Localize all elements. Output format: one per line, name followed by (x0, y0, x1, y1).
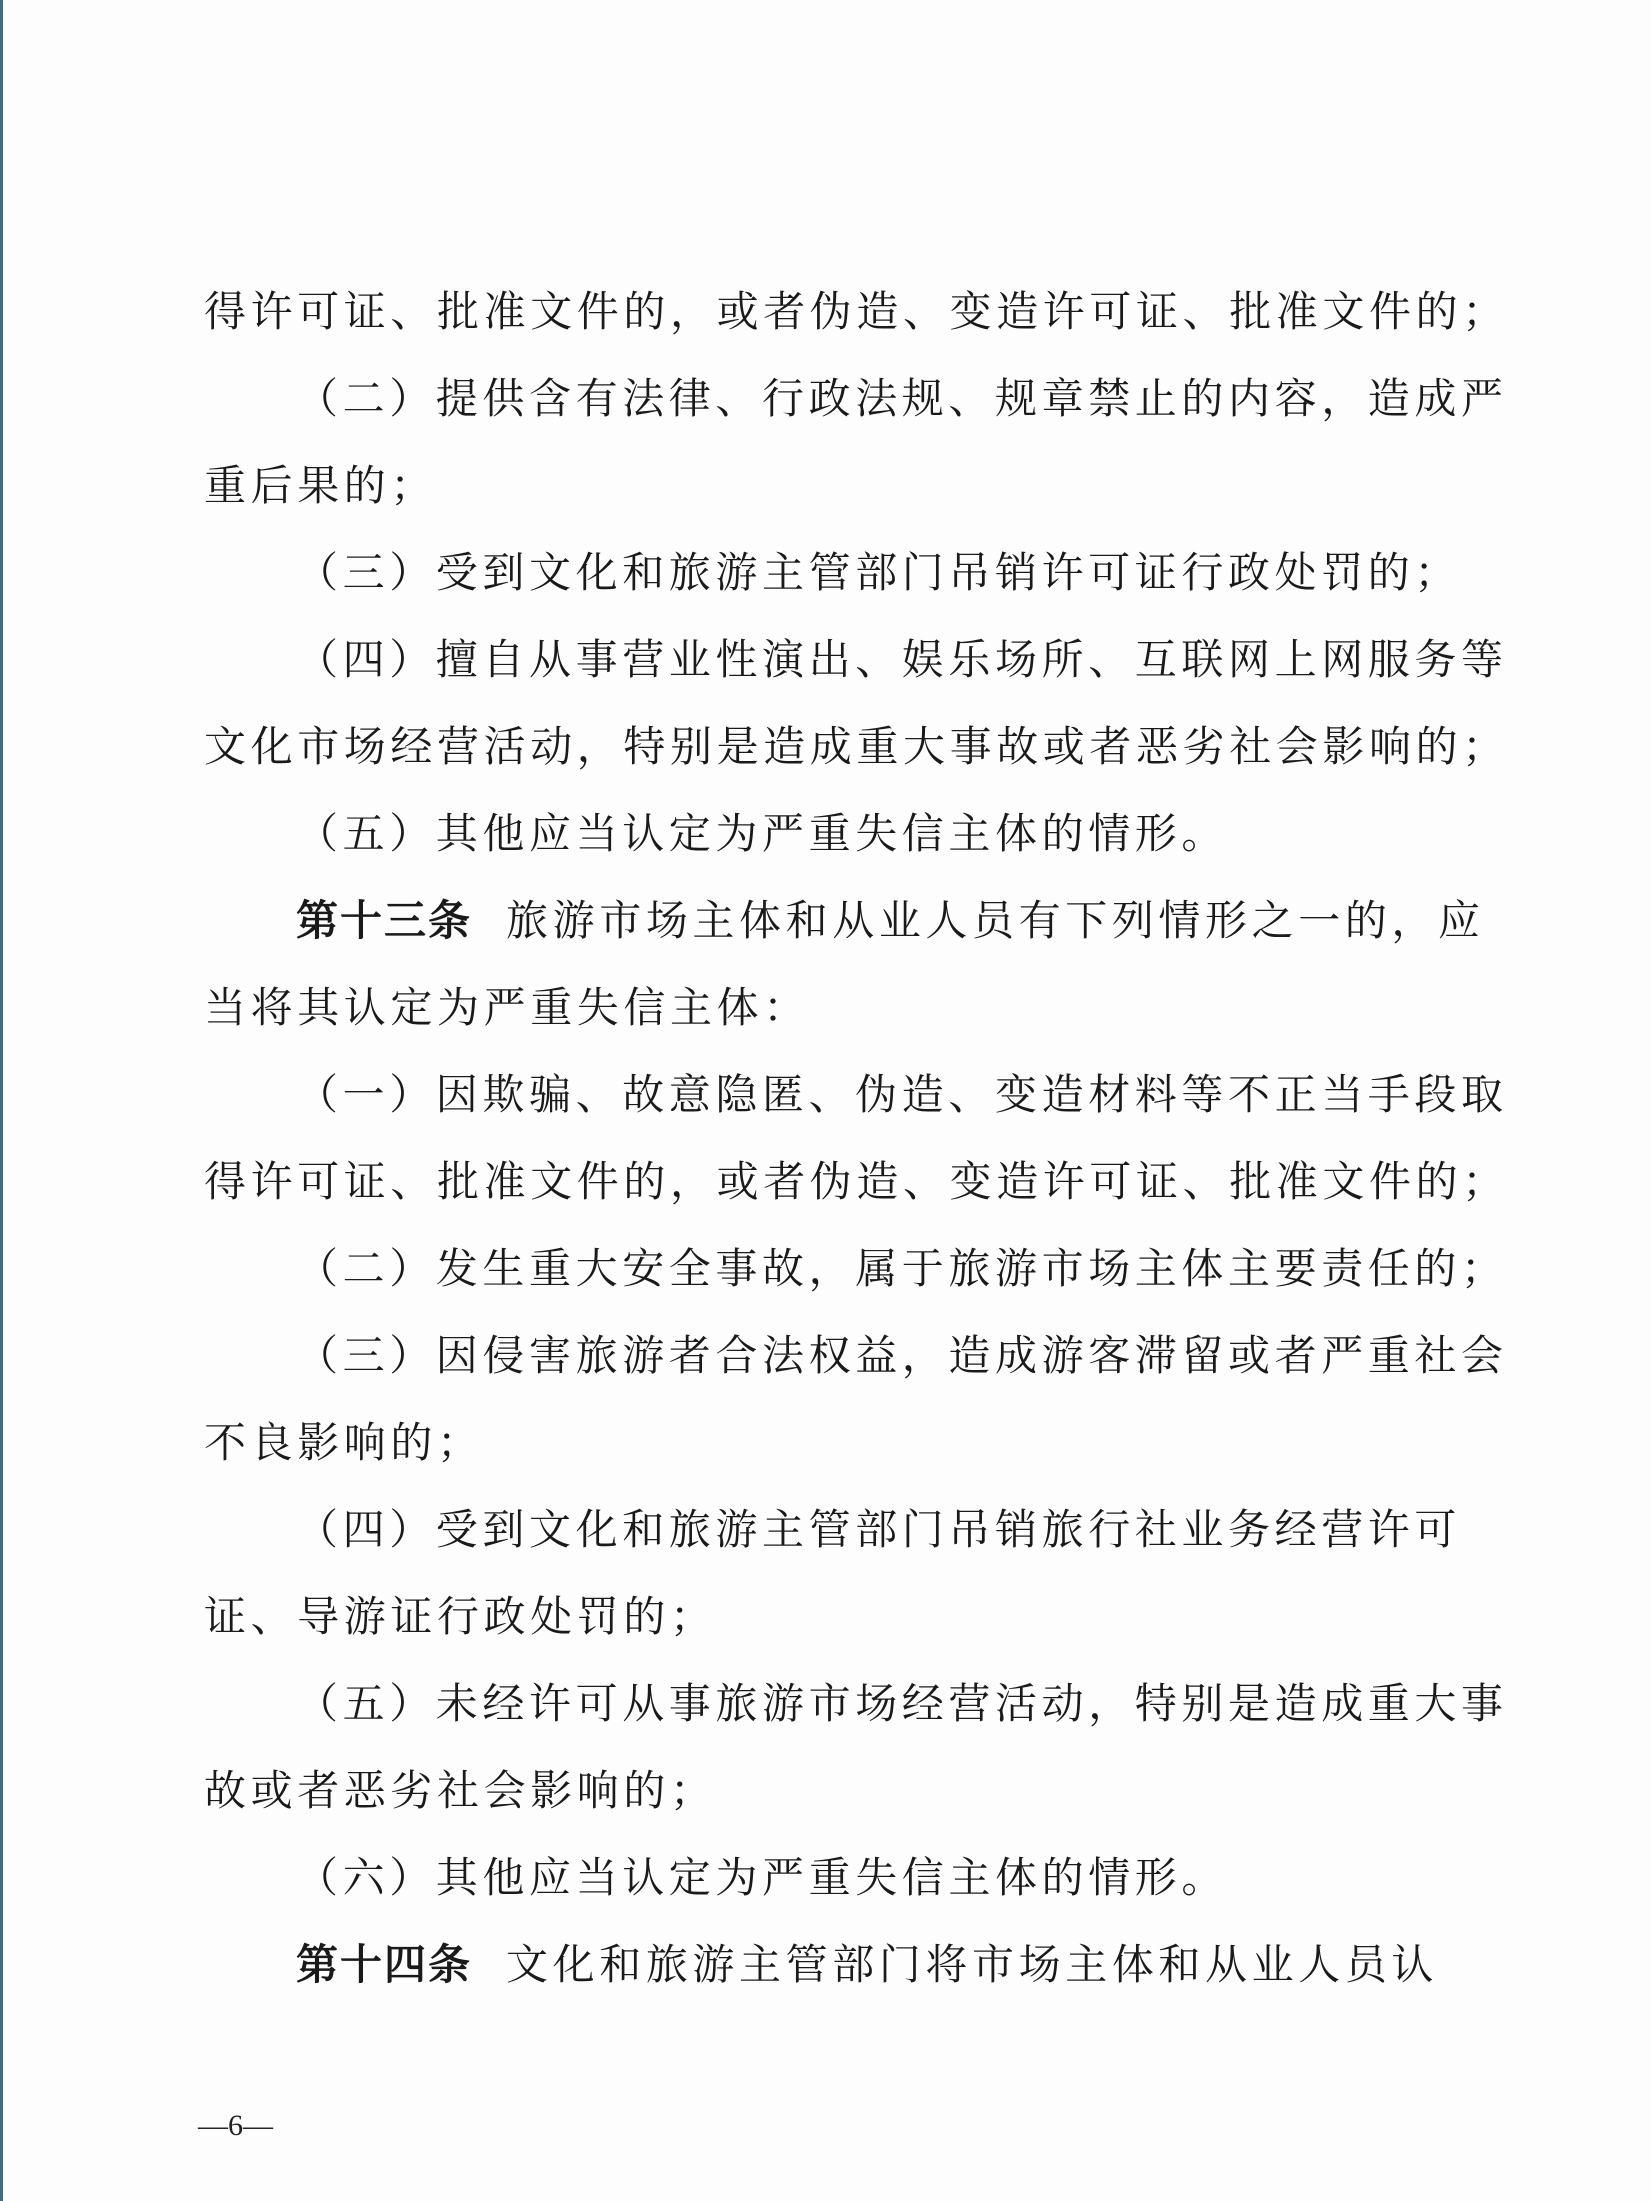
line-text: 不良影响的； (204, 1418, 484, 1467)
text-line: 重后果的； (204, 456, 1436, 516)
page-number: —6— (198, 2108, 273, 2144)
line-text: 得许可证、批准文件的，或者伪造、变造许可证、批准文件的； (204, 1157, 1509, 1206)
line-text: 证、导游证行政处罚的； (204, 1592, 717, 1641)
article-13-line: 第十三条旅游市场主体和从业人员有下列情形之一的，应 (296, 891, 1436, 951)
line-text: （三）受到文化和旅游主管部门吊销许可证行政处罚的； (296, 548, 1461, 597)
line-text: 旅游市场主体和从业人员有下列情形之一的，应 (506, 896, 1485, 945)
line-text: （五）未经许可从事旅游市场经营活动，特别是造成重大事 (296, 1679, 1508, 1728)
text-line: （一）因欺骗、故意隐匿、伪造、变造材料等不正当手段取 (296, 1065, 1436, 1125)
text-line: 得许可证、批准文件的，或者伪造、变造许可证、批准文件的； (204, 282, 1436, 342)
text-line: 文化市场经营活动，特别是造成重大事故或者恶劣社会影响的； (204, 717, 1436, 777)
line-text: 当将其认定为严重失信主体： (204, 983, 810, 1032)
text-line: （三）因侵害旅游者合法权益，造成游客滞留或者严重社会 (296, 1326, 1436, 1386)
text-line: （二）发生重大安全事故，属于旅游市场主体主要责任的； (296, 1239, 1436, 1299)
document-page: 得许可证、批准文件的，或者伪造、变造许可证、批准文件的； （二）提供含有法律、行… (0, 0, 1651, 2201)
line-text: （三）因侵害旅游者合法权益，造成游客滞留或者严重社会 (296, 1331, 1508, 1380)
line-text: （四）受到文化和旅游主管部门吊销旅行社业务经营许可 (296, 1505, 1461, 1554)
line-text: （一）因欺骗、故意隐匿、伪造、变造材料等不正当手段取 (296, 1070, 1508, 1119)
text-line: （四）擅自从事营业性演出、娱乐场所、互联网上网服务等 (296, 630, 1436, 690)
line-text: （四）擅自从事营业性演出、娱乐场所、互联网上网服务等 (296, 635, 1508, 684)
article-heading: 第十三条 (296, 896, 472, 945)
line-text: （二）发生重大安全事故，属于旅游市场主体主要责任的； (296, 1244, 1508, 1293)
article-heading: 第十四条 (296, 1940, 472, 1989)
line-text: 文化和旅游主管部门将市场主体和从业人员认 (506, 1940, 1438, 1989)
text-line: （六）其他应当认定为严重失信主体的情形。 (296, 1848, 1436, 1908)
text-line: （二）提供含有法律、行政法规、规章禁止的内容，造成严 (296, 369, 1436, 429)
line-text: （五）其他应当认定为严重失信主体的情形。 (296, 809, 1228, 858)
scan-edge (0, 0, 3, 2201)
text-line: 不良影响的； (204, 1413, 1436, 1473)
text-line: （五）未经许可从事旅游市场经营活动，特别是造成重大事 (296, 1674, 1436, 1734)
line-text: 重后果的； (204, 461, 437, 510)
text-line: 故或者恶劣社会影响的； (204, 1761, 1436, 1821)
line-text: 故或者恶劣社会影响的； (204, 1766, 717, 1815)
line-text: 得许可证、批准文件的，或者伪造、变造许可证、批准文件的； (204, 287, 1509, 336)
line-text: （六）其他应当认定为严重失信主体的情形。 (296, 1853, 1228, 1902)
article-14-line: 第十四条文化和旅游主管部门将市场主体和从业人员认 (296, 1935, 1436, 1995)
text-line: （四）受到文化和旅游主管部门吊销旅行社业务经营许可 (296, 1500, 1436, 1560)
line-text: （二）提供含有法律、行政法规、规章禁止的内容，造成严 (296, 374, 1508, 423)
line-text: 文化市场经营活动，特别是造成重大事故或者恶劣社会影响的； (204, 722, 1509, 771)
text-line: （五）其他应当认定为严重失信主体的情形。 (296, 804, 1436, 864)
text-line: 当将其认定为严重失信主体： (204, 978, 1436, 1038)
text-line: （三）受到文化和旅游主管部门吊销许可证行政处罚的； (296, 543, 1436, 603)
text-line: 证、导游证行政处罚的； (204, 1587, 1436, 1647)
text-line: 得许可证、批准文件的，或者伪造、变造许可证、批准文件的； (204, 1152, 1436, 1212)
